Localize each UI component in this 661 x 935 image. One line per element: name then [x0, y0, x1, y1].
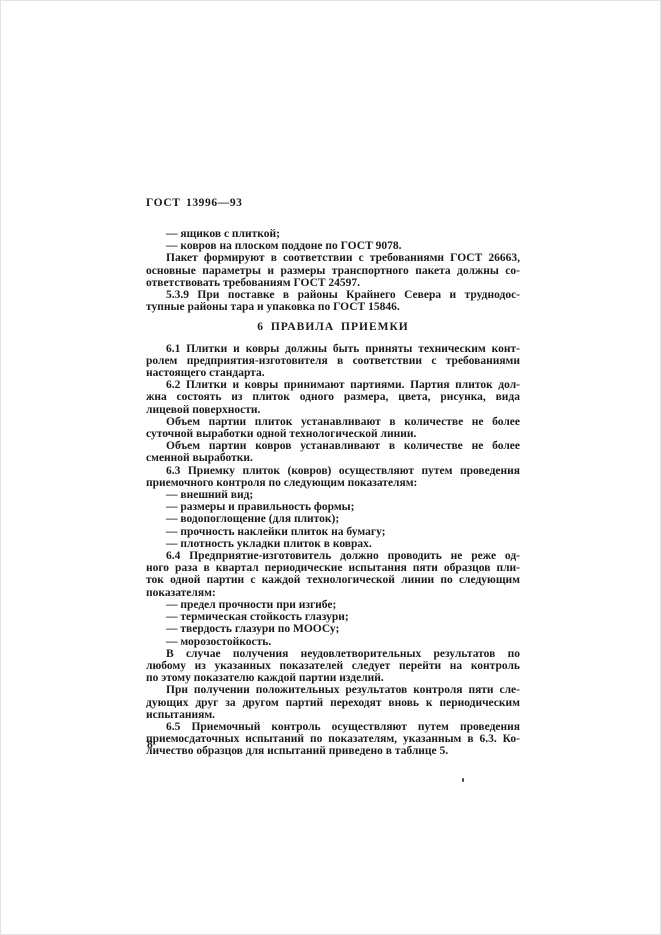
text-line: настоящего стандарта. [146, 367, 520, 379]
paragraph: При получении положительных результатов … [146, 684, 520, 721]
text-line: ного раза в квартал периодические испыта… [146, 562, 520, 574]
list-item: — плотность укладки плиток в коврах. [146, 538, 520, 550]
text-line: — морозостойкость. [146, 636, 520, 648]
text-line: 6 ПРАВИЛА ПРИЕМКИ [146, 321, 520, 333]
list-item: — водопоглощение (для плиток); [146, 513, 520, 525]
text-line: лицевой поверхности. [146, 404, 520, 416]
list-item: — предел прочности при изгибе; [146, 599, 520, 611]
section-heading: 6 ПРАВИЛА ПРИЕМКИ [146, 321, 520, 333]
text-line: — предел прочности при изгибе; [146, 599, 520, 611]
list-item: — твердость глазури по МООСу; [146, 623, 520, 635]
paragraph: 6.1 Плитки и ковры должны быть приняты т… [146, 343, 520, 380]
page-number: 8 [147, 739, 153, 751]
text-line: тупные районы тара и упаковка по ГОСТ 15… [146, 301, 520, 313]
text-line: — ковров на плоском поддоне по ГОСТ 9078… [146, 240, 520, 252]
text-line: — плотность укладки плиток в коврах. [146, 538, 520, 550]
paragraph: 6.4 Предприятие-изготовитель должно пров… [146, 550, 520, 599]
list-item: — термическая стойкость глазури; [146, 611, 520, 623]
text-line: сменной выработки. [146, 452, 520, 464]
text-line: по этому показателю каждой партии издели… [146, 672, 520, 684]
paragraph: Пакет формируют в соответствии с требова… [146, 252, 520, 289]
text-line: — твердость глазури по МООСу; [146, 623, 520, 635]
text-line: 6.1 Плитки и ковры должны быть приняты т… [146, 343, 520, 355]
text-line: личество образцов для испытаний приведен… [146, 745, 520, 757]
paper-background: ГОСТ 13996—93 — ящиков с плиткой;— ковро… [0, 0, 661, 935]
text-line: 6.4 Предприятие-изготовитель должно пров… [146, 550, 520, 562]
text-line: 6.2 Плитки и ковры принимают партиями. П… [146, 379, 520, 391]
paragraph: 5.3.9 При поставке в районы Крайнего Сев… [146, 289, 520, 313]
text-line: ответствовать требованиям ГОСТ 24597. [146, 277, 520, 289]
list-item: — размеры и правильность формы; [146, 501, 520, 513]
text-line: — водопоглощение (для плиток); [146, 513, 520, 525]
text-line: ролем предприятия-изготовителя в соответ… [146, 355, 520, 367]
text-line: приемочного контроля по следующим показа… [146, 477, 520, 489]
text-line: 6.5 Приемочный контроль осуществляют пут… [146, 721, 520, 733]
text-line: Объем партии плиток устанавливают в коли… [146, 416, 520, 428]
text-line: — прочность наклейки плиток на бумагу; [146, 526, 520, 538]
paragraph: В случае получения неудовлетворительных … [146, 648, 520, 685]
text-line: жна состоять из плиток одного размера, ц… [146, 391, 520, 403]
text-line: показателям: [146, 587, 520, 599]
text-line: — внешний вид; [146, 489, 520, 501]
text-line: В случае получения неудовлетворительных … [146, 648, 520, 660]
list-item: — прочность наклейки плиток на бумагу; [146, 526, 520, 538]
text-line: Пакет формируют в соответствии с требова… [146, 252, 520, 264]
list-item: — внешний вид; [146, 489, 520, 501]
text-line: приемосдаточных испытаний по показателям… [146, 733, 520, 745]
text-line: — ящиков с плиткой; [146, 228, 520, 240]
list-item: — морозостойкость. [146, 636, 520, 648]
text-line: — термическая стойкость глазури; [146, 611, 520, 623]
text-line: испытаниям. [146, 709, 520, 721]
text-column: ГОСТ 13996—93 — ящиков с плиткой;— ковро… [146, 197, 520, 758]
scanned-document-page: { "document": { "header": "ГОСТ 13996—93… [0, 0, 661, 935]
paragraph: Объем партии ковров устанавливают в коли… [146, 440, 520, 464]
text-line: основные параметры и размеры транспортно… [146, 265, 520, 277]
paragraph: Объем партии плиток устанавливают в коли… [146, 416, 520, 440]
text-line: — размеры и правильность формы; [146, 501, 520, 513]
document-body: — ящиков с плиткой;— ковров на плоском п… [146, 228, 520, 758]
text-line: 5.3.9 При поставке в районы Крайнего Сев… [146, 289, 520, 301]
paragraph: 6.2 Плитки и ковры принимают партиями. П… [146, 379, 520, 416]
text-line: Объем партии ковров устанавливают в коли… [146, 440, 520, 452]
list-item: — ковров на плоском поддоне по ГОСТ 9078… [146, 240, 520, 252]
text-line: При получении положительных результатов … [146, 684, 520, 696]
paragraph: 6.5 Приемочный контроль осуществляют пут… [146, 721, 520, 758]
text-line: 6.3 Приемку плиток (ковров) осуществляют… [146, 465, 520, 477]
text-line: ток одной партии с каждой технологическо… [146, 574, 520, 586]
scan-speck-artifact [462, 778, 464, 782]
paragraph: 6.3 Приемку плиток (ковров) осуществляют… [146, 465, 520, 489]
text-line: любому из указанных показателей следует … [146, 660, 520, 672]
document-header: ГОСТ 13996—93 [146, 197, 520, 209]
text-line: дующих друг за другом партий переходят в… [146, 697, 520, 709]
text-line: суточной выработки одной технологической… [146, 428, 520, 440]
list-item: — ящиков с плиткой; [146, 228, 520, 240]
